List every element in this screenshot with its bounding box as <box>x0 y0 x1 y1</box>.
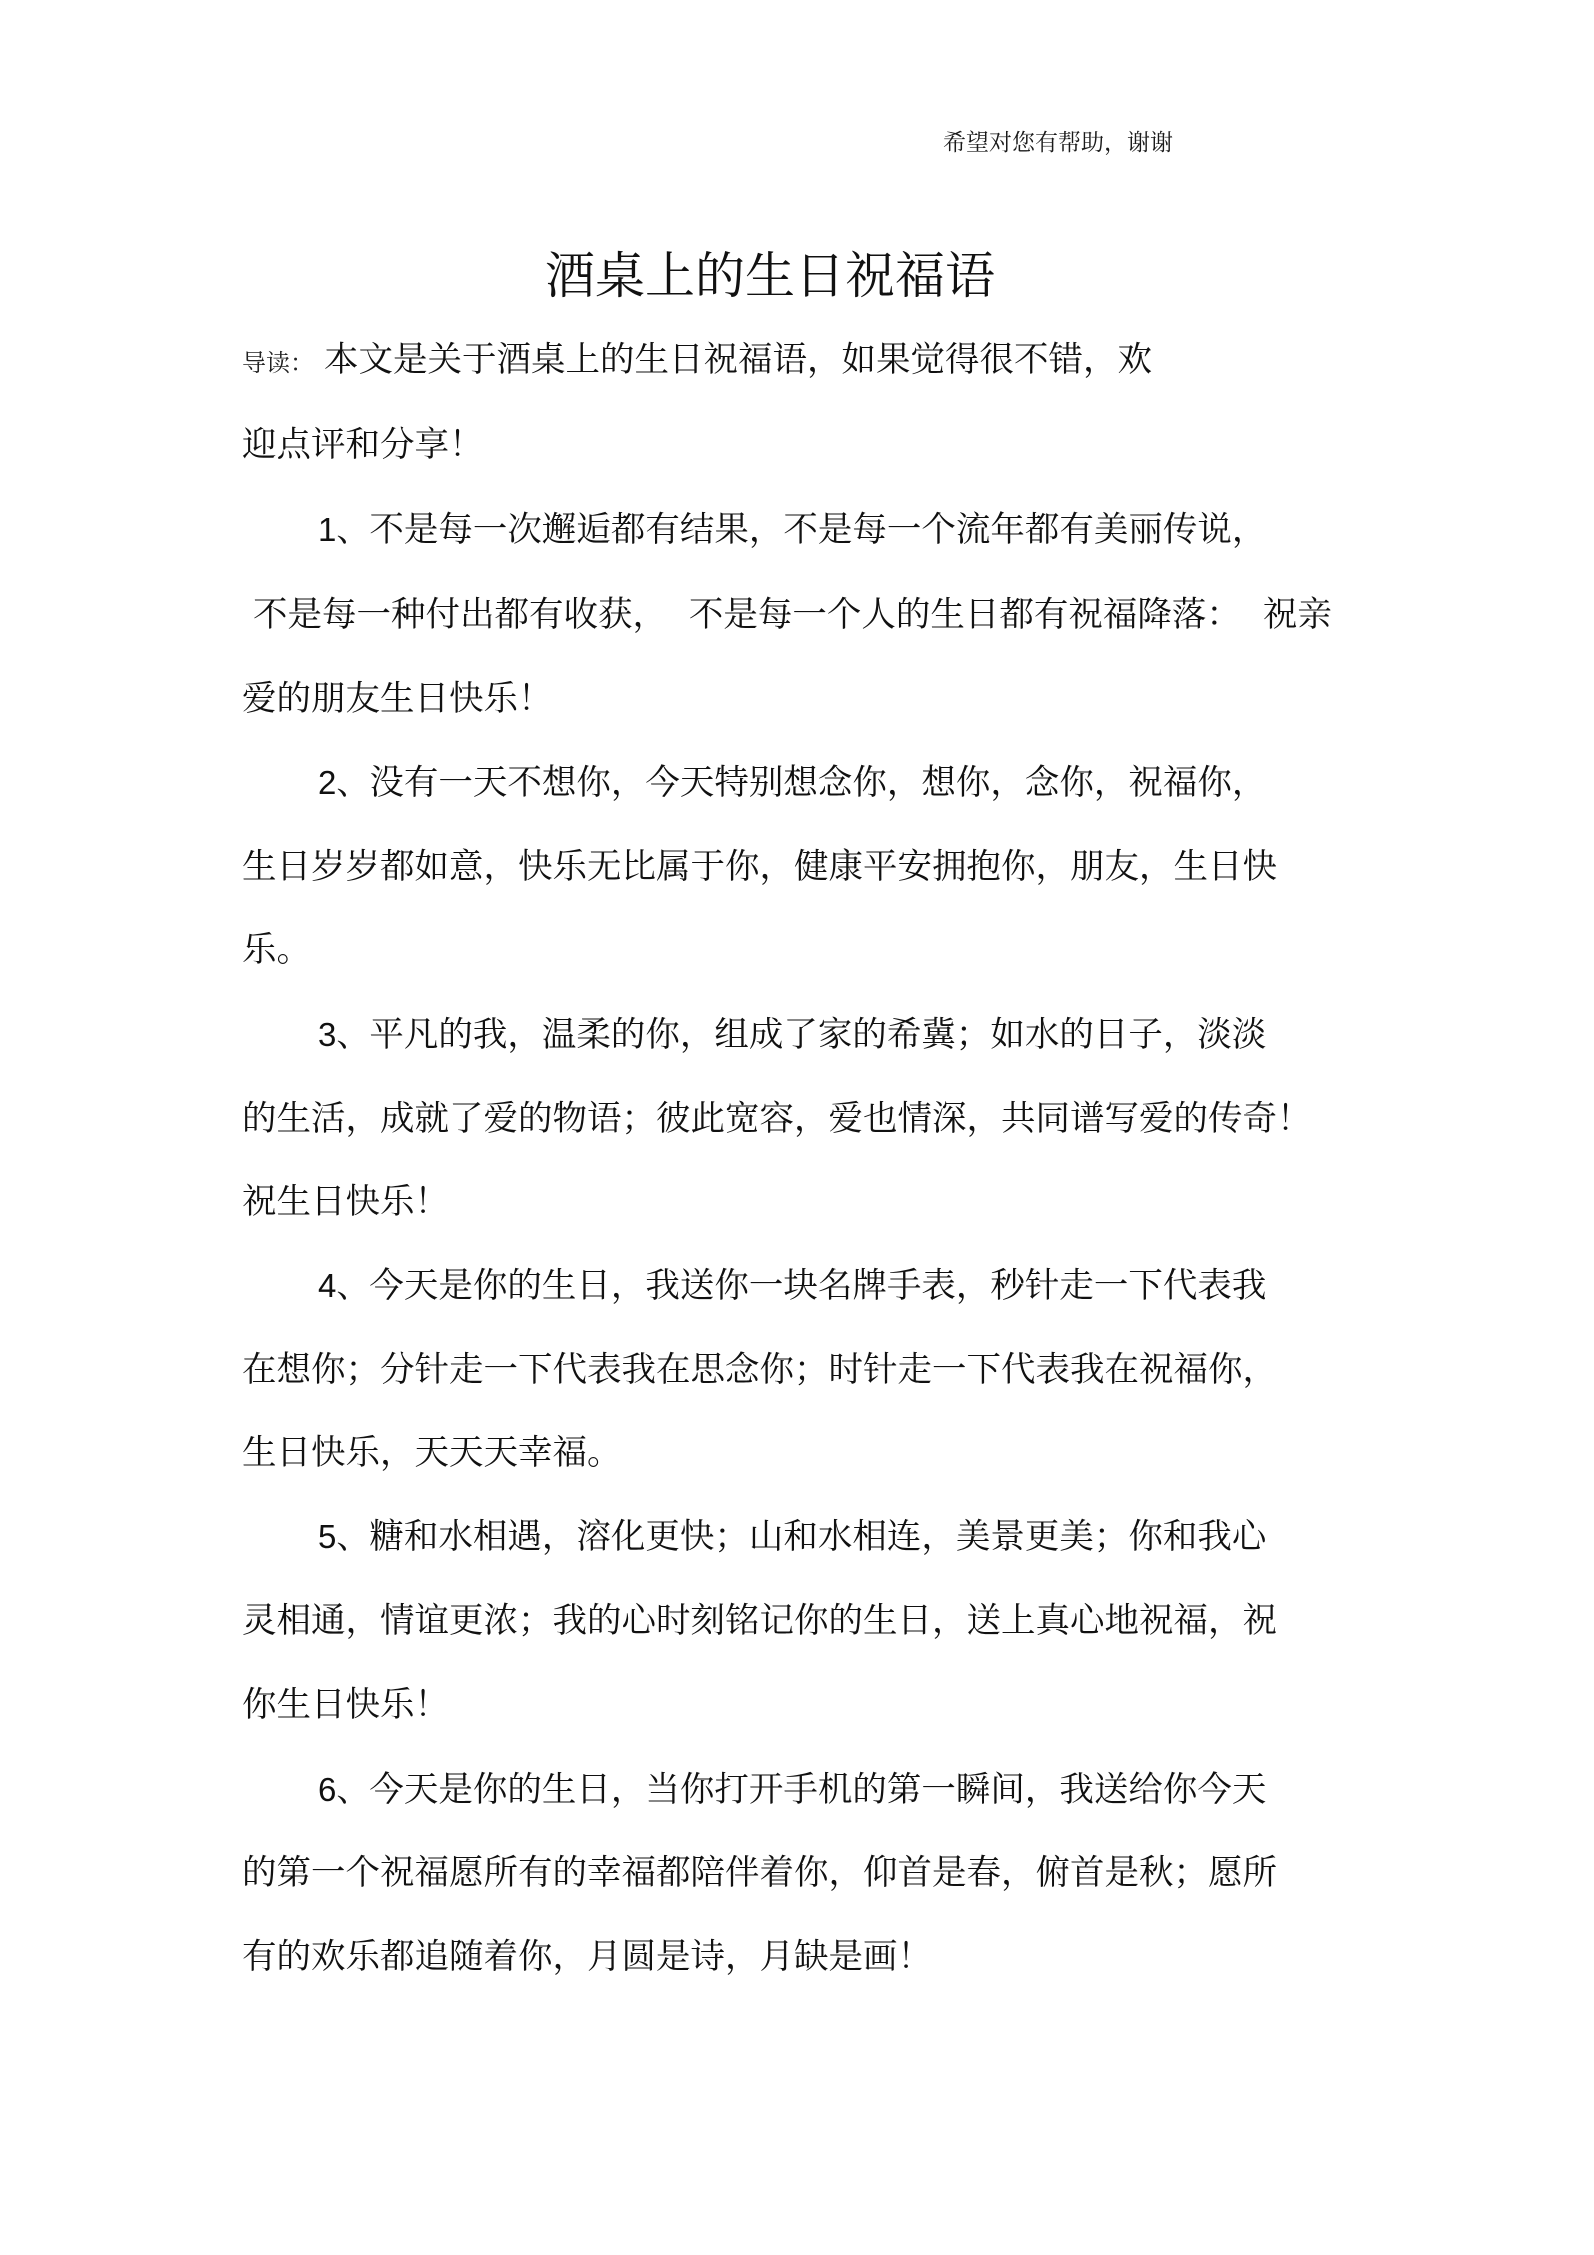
paragraph-2-number: 2、 <box>318 764 369 801</box>
paragraph-2-line-1: 2、没有一天不想你，今天特别想念你，想你，念你，祝福你， <box>318 761 1266 805</box>
paragraph-6-line-2: 的第一个祝福愿所有的幸福都陪伴着你，仰首是春，俯首是秋；愿所 <box>242 1851 1277 1895</box>
paragraph-5-line-1: 5、糖和水相遇，溶化更快；山和水相连，美景更美；你和我心 <box>318 1515 1266 1559</box>
paragraph-1-text-1: 不是每一次邂逅都有结果，不是每一个流年都有美丽传说， <box>369 510 1266 550</box>
paragraph-3-line-3: 祝生日快乐！ <box>242 1180 449 1224</box>
paragraph-1-number: 1、 <box>318 511 369 548</box>
paragraph-4-line-1: 4、今天是你的生日，我送你一块名牌手表，秒针走一下代表我 <box>318 1264 1266 1308</box>
paragraph-6-number: 6、 <box>318 1771 369 1808</box>
document-page: 希望对您有帮助，谢谢 酒桌上的生日祝福语 导读：本文是关于酒桌上的生日祝福语，如… <box>0 0 1594 2255</box>
intro-label: 导读： <box>242 349 314 377</box>
paragraph-3-line-2: 的生活，成就了爱的物语；彼此宽容，爱也情深，共同谱写爱的传奇！ <box>242 1097 1312 1141</box>
paragraph-5-line-2: 灵相通，情谊更浓；我的心时刻铭记你的生日，送上真心地祝福，祝 <box>242 1599 1277 1643</box>
paragraph-2-text-1: 没有一天不想你，今天特别想念你，想你，念你，祝福你， <box>369 763 1266 803</box>
paragraph-4-number: 4、 <box>318 1267 369 1304</box>
paragraph-5-number: 5、 <box>318 1518 369 1555</box>
intro-line-2: 迎点评和分享！ <box>242 423 484 467</box>
document-title: 酒桌上的生日祝福语 <box>0 246 1540 306</box>
paragraph-1-line-1: 1、不是每一次邂逅都有结果，不是每一个流年都有美丽传说， <box>318 508 1266 552</box>
paragraph-3-line-1: 3、平凡的我，温柔的你，组成了家的希冀；如水的日子，淡淡 <box>318 1013 1266 1057</box>
paragraph-1-line-2: 不是每一种付出都有收获， 不是每一个人的生日都有祝福降落： 祝亲 <box>253 593 1332 637</box>
paragraph-1-line-3: 爱的朋友生日快乐！ <box>242 677 553 721</box>
paragraph-4-line-2: 在想你；分针走一下代表我在思念你；时针走一下代表我在祝福你， <box>242 1348 1277 1392</box>
paragraph-2-line-3: 乐。 <box>242 928 311 972</box>
header-note: 希望对您有帮助，谢谢 <box>943 128 1173 158</box>
paragraph-3-number: 3、 <box>318 1016 369 1053</box>
paragraph-6-line-3: 有的欢乐都追随着你，月圆是诗，月缺是画！ <box>242 1935 932 1979</box>
paragraph-5-line-3: 你生日快乐！ <box>242 1683 449 1727</box>
paragraph-6-text-1: 今天是你的生日，当你打开手机的第一瞬间，我送给你今天 <box>369 1770 1266 1810</box>
paragraph-4-text-1: 今天是你的生日，我送你一块名牌手表，秒针走一下代表我 <box>369 1266 1266 1306</box>
paragraph-5-text-1: 糖和水相遇，溶化更快；山和水相连，美景更美；你和我心 <box>369 1517 1266 1557</box>
intro-line-1: 导读：本文是关于酒桌上的生日祝福语，如果觉得很不错，欢 <box>242 338 1152 385</box>
intro-text-1: 本文是关于酒桌上的生日祝福语，如果觉得很不错，欢 <box>324 340 1152 380</box>
paragraph-3-text-1: 平凡的我，温柔的你，组成了家的希冀；如水的日子，淡淡 <box>369 1015 1266 1055</box>
paragraph-4-line-3: 生日快乐，天天天幸福。 <box>242 1431 622 1475</box>
paragraph-6-line-1: 6、今天是你的生日，当你打开手机的第一瞬间，我送给你今天 <box>318 1768 1266 1812</box>
paragraph-2-line-2: 生日岁岁都如意，快乐无比属于你，健康平安拥抱你，朋友，生日快 <box>242 845 1277 889</box>
